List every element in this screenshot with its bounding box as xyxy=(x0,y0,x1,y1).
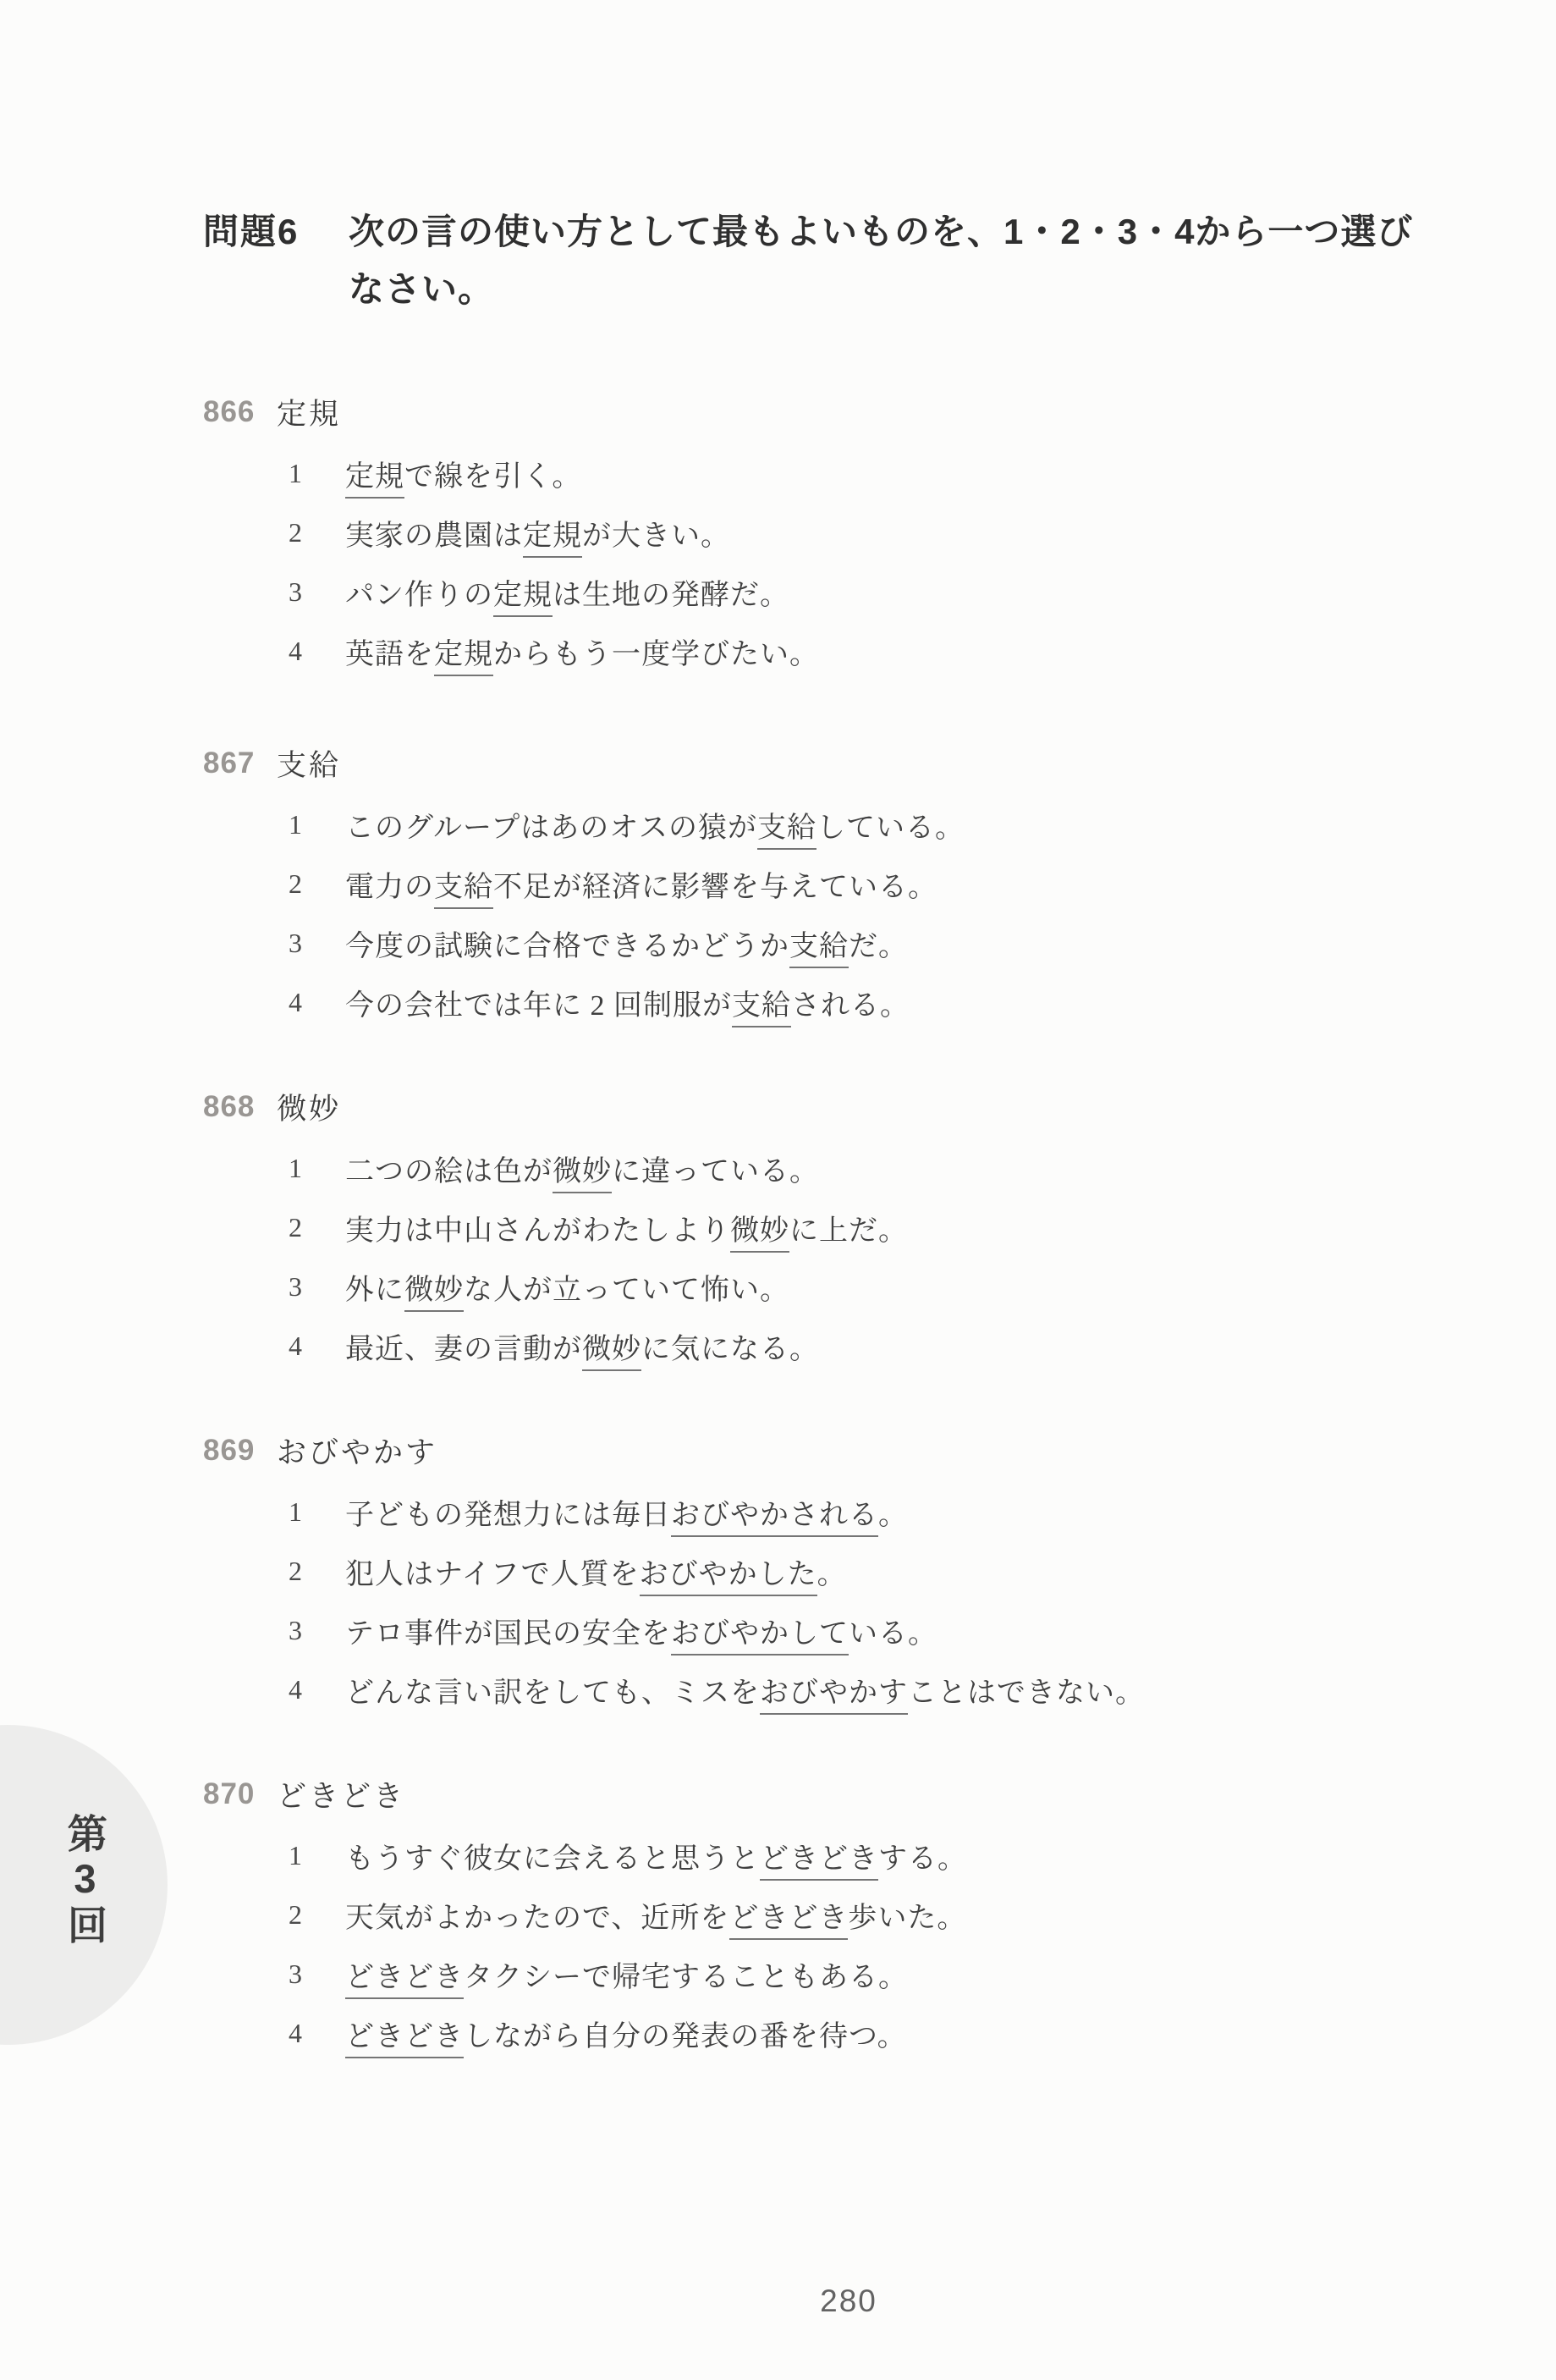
question-word: どきどき xyxy=(277,1773,405,1815)
option-number: 1 xyxy=(289,1153,345,1184)
sentence-before-target: 最近、妻の言動が xyxy=(345,1334,582,1365)
sentence-after-target: からもう一度学びたい。 xyxy=(493,639,819,670)
option-sentence: どきどきタクシーで帰宅することもある。 xyxy=(345,1953,908,1995)
problem-number-label: 問題6 xyxy=(203,203,349,261)
sentence-after-target: で線を引く。 xyxy=(404,461,581,493)
underlined-target-word: 支給 xyxy=(434,872,493,909)
option-number: 2 xyxy=(289,868,345,900)
option-row: 3 どきどきタクシーで帰宅することもある。 xyxy=(203,1944,1430,2003)
option-number: 1 xyxy=(289,809,345,840)
question-title: 869 おびやかす xyxy=(203,1419,1430,1482)
underlined-target-word: どきどき xyxy=(729,1903,848,1940)
underlined-target-word: 支給 xyxy=(789,931,849,968)
underlined-target-word: 微妙 xyxy=(582,1334,641,1371)
option-number: 2 xyxy=(289,517,345,548)
option-number: 1 xyxy=(289,458,345,489)
question-number: 868 xyxy=(203,1090,277,1124)
sentence-before-target: 英語を xyxy=(345,639,434,670)
option-sentence: 二つの絵は色が微妙に違っている。 xyxy=(345,1148,819,1189)
question-number: 870 xyxy=(203,1777,277,1811)
underlined-target-word: おびやかされる xyxy=(671,1500,878,1537)
option-row: 4 今の会社では年に 2 回制服が支給される。 xyxy=(203,972,1430,1032)
option-row: 2 実力は中山さんがわたしより微妙に上だ。 xyxy=(203,1198,1430,1257)
underlined-target-word: 定規 xyxy=(434,639,493,676)
sentence-after-target: に上だ。 xyxy=(789,1215,908,1247)
option-number: 2 xyxy=(289,1212,345,1243)
sentence-before-target: 天気がよかったので、近所を xyxy=(345,1903,729,1934)
option-row: 4 最近、妻の言動が微妙に気になる。 xyxy=(203,1316,1430,1375)
underlined-target-word: おびやかした xyxy=(640,1559,817,1596)
sentence-before-target: 今度の試験に合格できるかどうか xyxy=(345,931,789,962)
option-number: 2 xyxy=(289,1556,345,1587)
underlined-target-word: 支給 xyxy=(732,990,791,1027)
option-list: 1 定規で線を引く。 2 実家の農園は定規が大きい。 3 パン作りの定規は生地の… xyxy=(203,443,1430,680)
instruction-line1: 次の言の使い方として最もよいものを、1・2・3・4から一つ選び xyxy=(349,203,1413,261)
option-row: 2 電力の支給不足が経済に影響を与えている。 xyxy=(203,854,1430,913)
question-number: 869 xyxy=(203,1434,277,1468)
sentence-after-target: いる。 xyxy=(849,1618,937,1650)
option-number: 4 xyxy=(289,2018,345,2049)
option-number: 3 xyxy=(289,1615,345,1646)
option-row: 3 パン作りの定規は生地の発酵だ。 xyxy=(203,562,1430,621)
question-word: おびやかす xyxy=(277,1430,437,1472)
underlined-target-word: 支給 xyxy=(757,813,816,850)
option-row: 3 外に微妙な人が立っていて怖い。 xyxy=(203,1257,1430,1316)
option-sentence: 天気がよかったので、近所をどきどき歩いた。 xyxy=(345,1894,966,1936)
underlined-target-word: どきどき xyxy=(760,1843,878,1881)
problem-heading: 問題6 次の言の使い方として最もよいものを、1・2・3・4から一つ選び なさい。 xyxy=(203,203,1413,318)
option-row: 2 実家の農園は定規が大きい。 xyxy=(203,503,1430,562)
sentence-before-target: 犯人はナイフで人質を xyxy=(345,1559,640,1590)
sentence-before-target: 二つの絵は色が xyxy=(345,1156,553,1187)
underlined-target-word: おびやかして xyxy=(671,1618,849,1656)
option-row: 2 天気がよかったので、近所をどきどき歩いた。 xyxy=(203,1885,1430,1944)
option-row: 2 犯人はナイフで人質をおびやかした。 xyxy=(203,1541,1430,1600)
sentence-before-target: 電力の xyxy=(345,872,434,903)
instruction-line2: なさい。 xyxy=(349,261,1413,318)
question-word: 定規 xyxy=(277,391,341,433)
sentence-after-target: される。 xyxy=(791,990,910,1022)
sentence-after-target: する。 xyxy=(878,1843,967,1875)
option-row: 4 どきどきしながら自分の発表の番を待つ。 xyxy=(203,2003,1430,2063)
question-title: 867 支給 xyxy=(203,732,1430,795)
option-number: 4 xyxy=(289,636,345,667)
underlined-target-word: 微妙 xyxy=(404,1275,464,1312)
option-list: 1 二つの絵は色が微妙に違っている。 2 実力は中山さんがわたしより微妙に上だ。… xyxy=(203,1138,1430,1375)
option-sentence: 英語を定規からもう一度学びたい。 xyxy=(345,631,819,672)
option-sentence: 実家の農園は定規が大きい。 xyxy=(345,512,730,554)
option-sentence: 犯人はナイフで人質をおびやかした。 xyxy=(345,1551,847,1592)
option-sentence: 今の会社では年に 2 回制服が支給される。 xyxy=(345,982,910,1023)
sentence-after-target: 。 xyxy=(817,1559,847,1590)
option-number: 2 xyxy=(289,1899,345,1931)
sentence-after-target: タクシーで帰宅することもある。 xyxy=(464,1962,908,1993)
sentence-after-target: ことはできない。 xyxy=(908,1678,1145,1709)
option-sentence: 最近、妻の言動が微妙に気になる。 xyxy=(345,1325,819,1367)
question-block: 867 支給 1 このグループはあのオスの猿が支給している。 2 電力の支給不足… xyxy=(203,732,1430,1032)
underlined-target-word: どきどき xyxy=(345,1962,464,1999)
option-sentence: このグループはあのオスの猿が支給している。 xyxy=(345,804,965,846)
option-row: 1 子どもの発想力には毎日おびやかされる。 xyxy=(203,1482,1430,1541)
option-row: 1 このグループはあのオスの猿が支給している。 xyxy=(203,795,1430,854)
question-block: 866 定規 1 定規で線を引く。 2 実家の農園は定規が大きい。 3 パン作り… xyxy=(203,381,1430,680)
instruction-text: 次の言の使い方として最もよいものを、1・2・3・4から一つ選び なさい。 xyxy=(349,203,1413,318)
question-block: 868 微妙 1 二つの絵は色が微妙に違っている。 2 実力は中山さんがわたしよ… xyxy=(203,1076,1430,1375)
underlined-target-word: おびやかす xyxy=(760,1678,908,1715)
question-title: 868 微妙 xyxy=(203,1076,1430,1138)
option-sentence: どきどきしながら自分の発表の番を待つ。 xyxy=(345,2013,907,2054)
sentence-after-target: だ。 xyxy=(849,931,908,962)
option-number: 3 xyxy=(289,1271,345,1303)
option-sentence: テロ事件が国民の安全をおびやかしている。 xyxy=(345,1610,937,1651)
sentence-after-target: が大きい。 xyxy=(582,521,730,552)
section-tab-label: 第3回 xyxy=(61,1813,108,1948)
underlined-target-word: 微妙 xyxy=(730,1215,789,1253)
sentence-before-target: パン作りの xyxy=(345,580,493,611)
option-number: 1 xyxy=(289,1496,345,1528)
underlined-target-word: 定規 xyxy=(493,580,553,617)
option-row: 3 今度の試験に合格できるかどうか支給だ。 xyxy=(203,913,1430,972)
option-sentence: 子どもの発想力には毎日おびやかされる。 xyxy=(345,1491,908,1533)
option-sentence: パン作りの定規は生地の発酵だ。 xyxy=(345,571,789,613)
sentence-after-target: 歩いた。 xyxy=(848,1903,966,1934)
question-title: 870 どきどき xyxy=(203,1763,1430,1826)
option-number: 4 xyxy=(289,1330,345,1362)
option-number: 3 xyxy=(289,928,345,959)
option-list: 1 子どもの発想力には毎日おびやかされる。 2 犯人はナイフで人質をおびやかした… xyxy=(203,1482,1430,1719)
question-number: 867 xyxy=(203,747,277,780)
sentence-before-target: 今の会社では年に 2 回制服が xyxy=(345,990,732,1022)
underlined-target-word: 微妙 xyxy=(553,1156,612,1193)
question-block: 870 どきどき 1 もうすぐ彼女に会えると思うとどきどきする。 2 天気がよか… xyxy=(203,1763,1430,2063)
option-sentence: 定規で線を引く。 xyxy=(345,453,581,494)
option-sentence: どんな言い訳をしても、ミスをおびやかすことはできない。 xyxy=(345,1669,1145,1711)
sentence-after-target: な人が立っていて怖い。 xyxy=(464,1275,789,1306)
option-sentence: 実力は中山さんがわたしより微妙に上だ。 xyxy=(345,1207,908,1248)
option-number: 1 xyxy=(289,1840,345,1871)
option-row: 1 定規で線を引く。 xyxy=(203,443,1430,503)
sentence-after-target: に違っている。 xyxy=(612,1156,819,1187)
sentence-before-target: テロ事件が国民の安全を xyxy=(345,1618,671,1650)
question-block: 869 おびやかす 1 子どもの発想力には毎日おびやかされる。 2 犯人はナイフ… xyxy=(203,1419,1430,1719)
question-title: 866 定規 xyxy=(203,381,1430,443)
underlined-target-word: 定規 xyxy=(523,521,582,558)
sentence-after-target: に気になる。 xyxy=(641,1334,819,1365)
sentence-after-target: 。 xyxy=(878,1500,908,1531)
sentence-before-target: 実力は中山さんがわたしより xyxy=(345,1215,730,1247)
sentence-after-target: しながら自分の発表の番を待つ。 xyxy=(464,2021,907,2052)
sentence-before-target: もうすぐ彼女に会えると思うと xyxy=(345,1843,760,1875)
underlined-target-word: 定規 xyxy=(345,461,404,499)
sentence-after-target: は生地の発酵だ。 xyxy=(553,580,789,611)
option-number: 4 xyxy=(289,1674,345,1705)
option-sentence: 電力の支給不足が経済に影響を与えている。 xyxy=(345,863,937,905)
option-row: 3 テロ事件が国民の安全をおびやかしている。 xyxy=(203,1600,1430,1660)
underlined-target-word: どきどき xyxy=(345,2021,464,2058)
option-row: 4 どんな言い訳をしても、ミスをおびやかすことはできない。 xyxy=(203,1660,1430,1719)
sentence-before-target: どんな言い訳をしても、ミスを xyxy=(345,1678,760,1709)
option-sentence: もうすぐ彼女に会えると思うとどきどきする。 xyxy=(345,1835,967,1876)
option-list: 1 このグループはあのオスの猿が支給している。 2 電力の支給不足が経済に影響を… xyxy=(203,795,1430,1032)
sentence-before-target: このグループはあのオスの猿が xyxy=(345,813,757,844)
question-number: 866 xyxy=(203,395,277,429)
option-number: 3 xyxy=(289,576,345,608)
option-number: 3 xyxy=(289,1959,345,1990)
question-word: 微妙 xyxy=(277,1086,341,1128)
option-sentence: 今度の試験に合格できるかどうか支給だ。 xyxy=(345,923,908,964)
option-row: 4 英語を定規からもう一度学びたい。 xyxy=(203,621,1430,680)
option-row: 1 二つの絵は色が微妙に違っている。 xyxy=(203,1138,1430,1198)
option-sentence: 外に微妙な人が立っていて怖い。 xyxy=(345,1266,789,1308)
sentence-before-target: 子どもの発想力には毎日 xyxy=(345,1500,671,1531)
option-row: 1 もうすぐ彼女に会えると思うとどきどきする。 xyxy=(203,1826,1430,1885)
question-word: 支給 xyxy=(277,742,341,785)
sentence-after-target: している。 xyxy=(816,813,965,844)
sentence-after-target: 不足が経済に影響を与えている。 xyxy=(493,872,937,903)
sentence-before-target: 実家の農園は xyxy=(345,521,523,552)
page-number: 280 xyxy=(802,2284,895,2319)
option-number: 4 xyxy=(289,987,345,1018)
sentence-before-target: 外に xyxy=(345,1275,404,1306)
option-list: 1 もうすぐ彼女に会えると思うとどきどきする。 2 天気がよかったので、近所をど… xyxy=(203,1826,1430,2063)
